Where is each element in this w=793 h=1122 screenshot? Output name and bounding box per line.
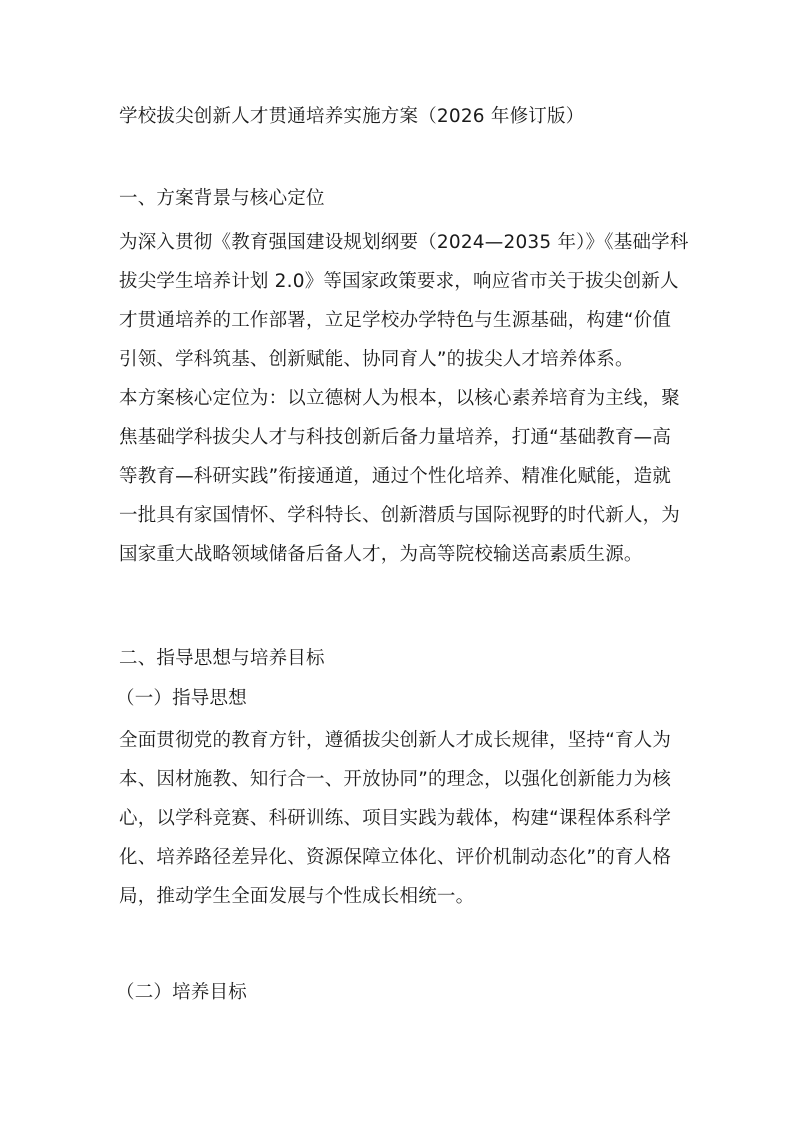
subsection-heading-2: （二）培养目标: [116, 982, 247, 1004]
section-heading-1: 一、方案背景与核心定位: [119, 188, 325, 210]
subsection-heading-1: （一）指导思想: [116, 688, 247, 710]
paragraph-line: 一批具有家国情怀、学科特长、创新潜质与国际视野的时代新人，为: [119, 505, 680, 527]
paragraph-line: 为深入贯彻《教育强国建设规划纲要（2024—2035 年）》《基础学科: [119, 232, 689, 254]
section-heading-2: 二、指导思想与培养目标: [119, 648, 325, 670]
paragraph-line: 局，推动学生全面发展与个性成长相统一。: [119, 886, 474, 908]
paragraph-line: 化、培养路径差异化、资源保障立体化、评价机制动态化”的育人格: [119, 847, 671, 869]
paragraph-line: 才贯通培养的工作部署，立足学校办学特色与生源基础，构建“价值: [119, 310, 671, 332]
paragraph-line: 本、因材施教、知行合一、开放协同”的理念，以强化创新能力为核: [119, 769, 671, 791]
paragraph-line: 心，以学科竞赛、科研训练、项目实践为载体，构建“课程体系科学: [119, 808, 671, 830]
paragraph-line: 拔尖学生培养计划 2.0》等国家政策要求，响应省市关于拔尖创新人: [119, 271, 679, 293]
document-page: 学校拔尖创新人才贯通培养实施方案（2026 年修订版） 一、方案背景与核心定位 …: [0, 0, 793, 1122]
paragraph-line: 等教育—科研实践”衔接通道，通过个性化培养、精准化赋能，造就: [119, 466, 671, 488]
paragraph-line: 国家重大战略领域储备后备人才，为高等院校输送高素质生源。: [119, 544, 643, 566]
document-title: 学校拔尖创新人才贯通培养实施方案（2026 年修订版）: [119, 106, 584, 128]
paragraph-line: 引领、学科筑基、创新赋能、协同育人”的拔尖人才培养体系。: [119, 349, 634, 371]
paragraph-line: 本方案核心定位为：以立德树人为根本，以核心素养培育为主线，聚: [119, 388, 680, 410]
paragraph-line: 全面贯彻党的教育方针，遵循拔尖创新人才成长规律，坚持“育人为: [119, 730, 671, 752]
paragraph-line: 焦基础学科拔尖人才与科技创新后备力量培养，打通“基础教育—高: [119, 427, 671, 449]
